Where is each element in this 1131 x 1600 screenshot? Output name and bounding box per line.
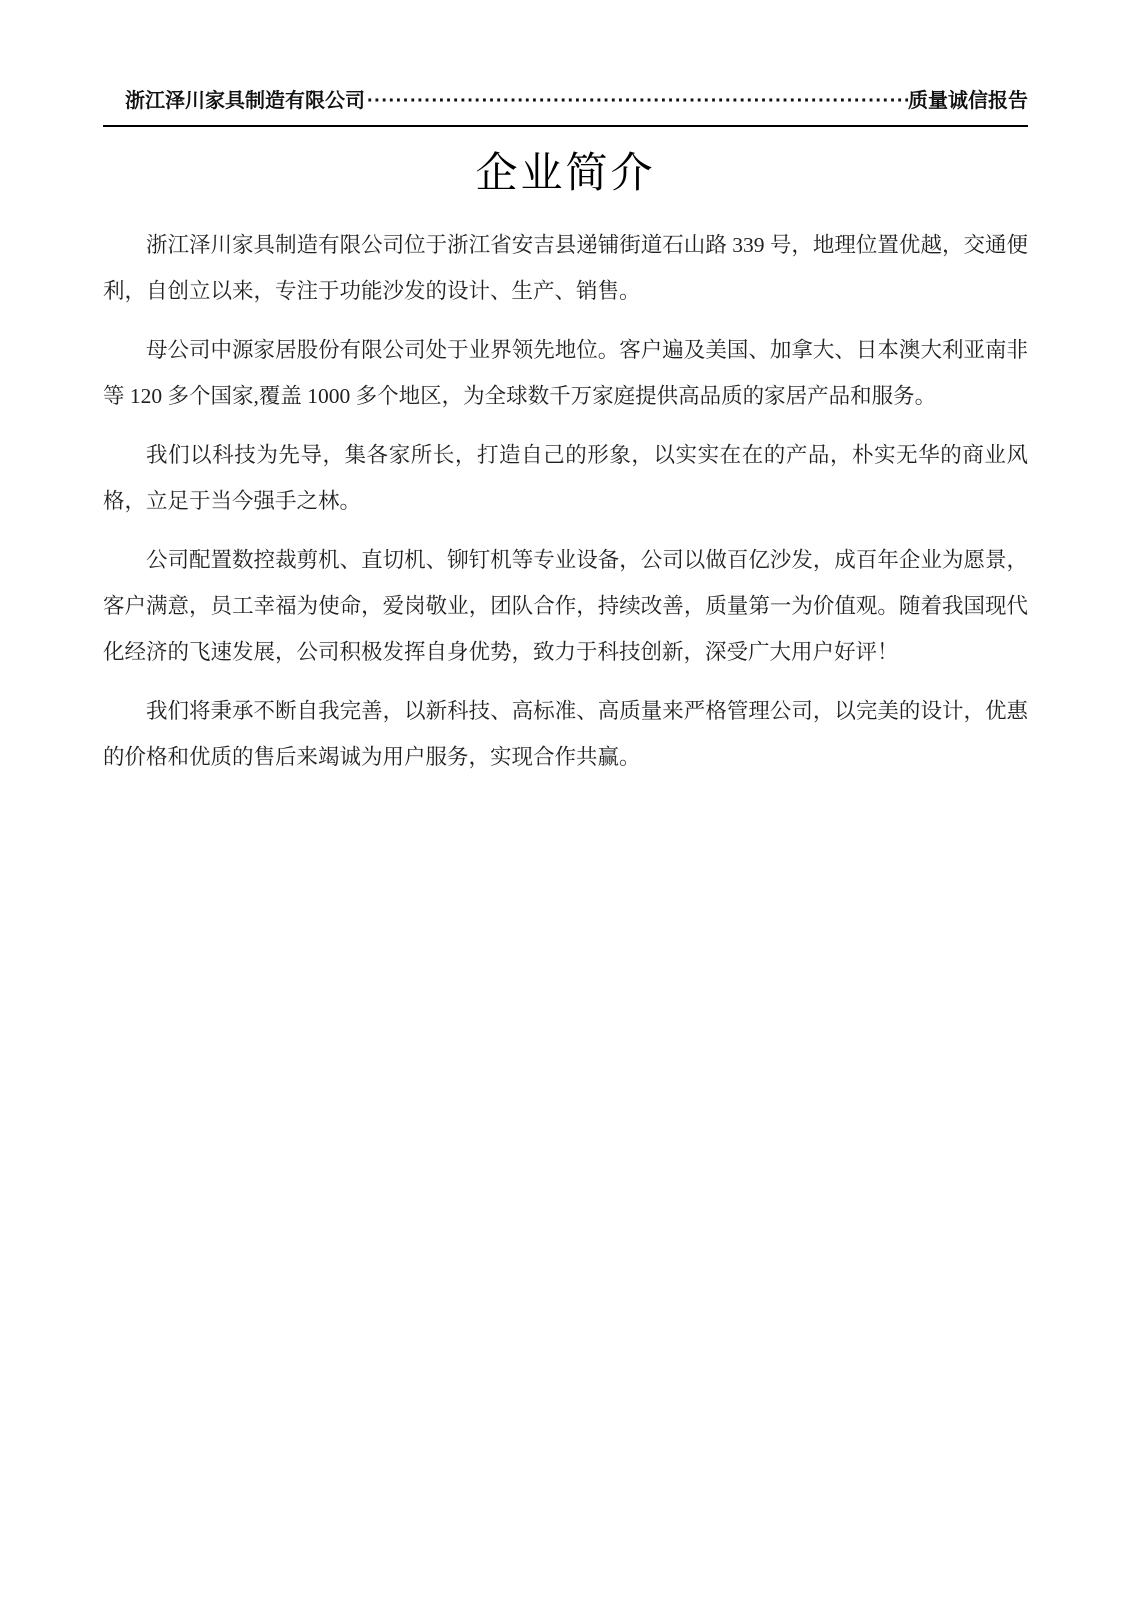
paragraph: 我们以科技为先导，集各家所长，打造自己的形象，以实实在在的产品，朴实无华的商业风…	[103, 432, 1028, 524]
paragraph: 浙江泽川家具制造有限公司位于浙江省安吉县递铺街道石山路 339 号，地理位置优越…	[103, 222, 1028, 314]
header-report-title: 质量诚信报告	[908, 88, 1028, 114]
paragraph: 公司配置数控裁剪机、直切机、铆钉机等专业设备，公司以做百亿沙发，成百年企业为愿景…	[103, 537, 1028, 675]
header-dot-leader: ········································…	[365, 88, 908, 114]
page-title: 企业简介	[0, 144, 1131, 202]
paragraph: 母公司中源家居股份有限公司处于业界领先地位。客户遍及美国、加拿大、日本澳大利亚南…	[103, 327, 1028, 419]
page-header: 浙江泽川家具制造有限公司 ···························…	[103, 88, 1028, 114]
paragraph: 我们将秉承不断自我完善，以新科技、高标准、高质量来严格管理公司，以完美的设计，优…	[103, 688, 1028, 780]
header-company-name: 浙江泽川家具制造有限公司	[125, 88, 365, 114]
header-divider-rule	[103, 125, 1028, 127]
document-body: 浙江泽川家具制造有限公司位于浙江省安吉县递铺街道石山路 339 号，地理位置优越…	[103, 222, 1028, 780]
document-page: 浙江泽川家具制造有限公司 ···························…	[0, 0, 1131, 1600]
